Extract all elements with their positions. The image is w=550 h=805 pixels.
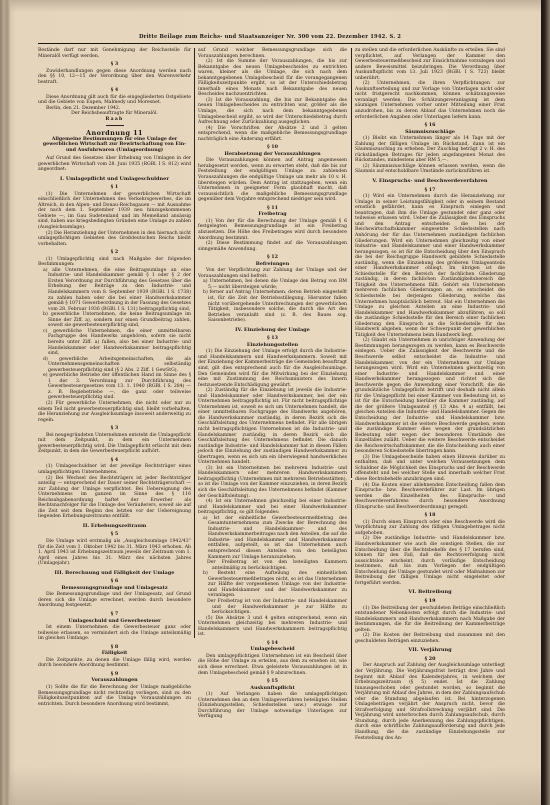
- paragraph: (2) Glaubt ein Unternehmen in unrichtige…: [355, 338, 505, 454]
- section-title: Umlagebescheid: [198, 647, 347, 653]
- newspaper-page: Dritte Beilage zum Reichs- und Staatsanz…: [0, 0, 550, 805]
- right-page-edge: [541, 0, 550, 805]
- list-item: a) Ist der einheitliche Gewerbesteuermeß…: [208, 516, 347, 560]
- chapter-heading: I. Umlagepflicht und Umlageschuldner: [38, 177, 191, 183]
- paragraph: Ist einem Unternehmen die Gewerbesteuer …: [38, 625, 191, 642]
- section-number: § 12: [198, 255, 347, 261]
- paragraph: Der Anspruch auf Zahlung der Ausgleichsu…: [355, 663, 505, 741]
- list-item: e) gewerbliche Betriebe der öffentlichen…: [48, 373, 191, 401]
- paragraph: (1) Bleibt ein Unternehmen länger als 14…: [355, 136, 505, 164]
- paragraph: (5) Die Absätze 3 und 4 gelten entsprech…: [198, 616, 347, 638]
- section-number: § 10: [198, 145, 347, 151]
- list-item: d) gewerbliche Arbeitsgemeinschaften, di…: [48, 357, 191, 374]
- paragraph: (1) Umlagepflichtig sind nach Maßgabe de…: [38, 257, 191, 268]
- section-number: § 16: [355, 123, 505, 129]
- paragraph: (2) Diese Bestimmung findet auf die Vora…: [198, 241, 347, 252]
- paragraph: (2) Ist die Summe der Vorauszahlungen, d…: [198, 59, 347, 98]
- signer-name: Raab: [38, 117, 191, 123]
- chapter-heading: IV. Einziehung der Umlage: [198, 328, 347, 334]
- section-title: Befreiungen: [198, 262, 347, 268]
- paragraph: Auf Grund des Gesetzes über Erhebung von…: [38, 156, 191, 173]
- paragraph: (1) Die Einziehung der Umlage erfolgt du…: [198, 349, 347, 388]
- paragraph: (4) Die Vorschriften der Absätze 2 und 3…: [198, 126, 347, 143]
- section-title: Bemessungsgrundlage und Umlagesatz: [38, 586, 191, 592]
- paragraph: Den umlagepflichtigen Unternehmen ist ei…: [198, 654, 347, 676]
- paragraph: (1) Sollte die für die Berechnung der Um…: [38, 685, 191, 707]
- section-title: Vorauszahlungen: [38, 678, 191, 684]
- section-number: § 7: [38, 612, 191, 618]
- paragraph: (2) Für gewerbliche Unternehmen, die nic…: [38, 401, 191, 423]
- list-item: a) Unternehmen, bei denen die Umlage den…: [208, 279, 347, 290]
- paragraph: Die Bemessungsgrundlage und der Umlagesa…: [38, 592, 191, 609]
- section-title: Freibetrag: [198, 212, 347, 218]
- list-item: a) alle Unternehmen, die eine Beitragsum…: [48, 268, 191, 312]
- list-item: b) ferner auf Antrag Unternehmen, deren …: [208, 290, 347, 323]
- paragraph: (4) Die Kosten einer ablehnenden Entsche…: [355, 483, 505, 511]
- paragraph: (1) Umlageschuldner ist der jeweilige Re…: [38, 464, 191, 475]
- header-rule: [38, 43, 498, 44]
- section-number: § 3: [38, 426, 191, 432]
- top-edge-shadow: [10, 0, 541, 12]
- binding-spine-shadow: [0, 0, 10, 805]
- paragraph: Von der Verpflichtung zur Zahlung der Um…: [198, 268, 347, 279]
- section-number: § 1: [38, 185, 191, 191]
- paragraph: auf Grund welcher Bemessungsgrundlage si…: [198, 48, 347, 59]
- column-left: Bestände darf nur mit Genehmigung der Re…: [38, 48, 191, 768]
- paragraph: zu stellen und die erforderlichen Auskün…: [355, 48, 505, 81]
- chapter-heading: V. Einspruchs- und Beschwerdeverfahren: [355, 179, 505, 185]
- section-number: § 13: [198, 336, 347, 342]
- paragraph: (1) Von der für die Berechnung der Umlag…: [198, 219, 347, 241]
- column-divider-2: [351, 48, 352, 478]
- bottom-edge-shadow: [10, 765, 541, 805]
- section-number: § 5: [38, 532, 191, 538]
- section-number: § 19: [355, 599, 505, 605]
- paragraph: (4) Ist ein Unternehmen gleichzeitig bei…: [198, 499, 347, 516]
- paragraph: Zuwiderhandlungen gegen diese Anordnung …: [38, 69, 191, 86]
- chapter-heading: III. Berechnung und Fälligkeit der Umlag…: [38, 571, 191, 577]
- paragraph: Die Umlage wird erstmalig als „Ausgleich…: [38, 539, 191, 567]
- section-number: § 17: [355, 188, 505, 194]
- paragraph: (3) Ist ein Unternehmen bei mehreren Ind…: [198, 466, 347, 499]
- chapter-heading: II. Erhebungszeitraum: [38, 524, 191, 530]
- section-title: Fälligkeit: [38, 651, 191, 657]
- paragraph: (2) Unternehmen, die ihren Verpflichtung…: [355, 81, 505, 120]
- section-number: § 20: [355, 657, 505, 663]
- section-number: § 4: [38, 88, 191, 94]
- section-title: Säumniszuschläge: [355, 130, 505, 136]
- section-title: Auskunftspflicht: [198, 686, 347, 692]
- section-number: § 3: [38, 62, 191, 68]
- section-number: § 2: [38, 250, 191, 256]
- column-divider-2b: [351, 480, 352, 720]
- paragraph: (3) Ist die Vorauszahlung, die bis zur B…: [198, 98, 347, 126]
- separator-rule: [106, 125, 124, 126]
- paragraph: Bestände darf nur mit Genehmigung der Re…: [38, 48, 191, 59]
- paragraph: (2) Die Kosten der Beitreibung sind zusa…: [355, 633, 505, 644]
- list-item-note: Der Freibetrag ist von der Industrie- un…: [212, 599, 347, 616]
- chapter-heading: VII. Verjährung: [355, 648, 505, 654]
- list-item: c) gewerbliche Unternehmen, die einer un…: [48, 329, 191, 357]
- column-right: zu stellen und die erforderlichen Auskün…: [355, 48, 505, 748]
- section-title: Umlageschuld und Gewerbesteuer: [38, 619, 191, 625]
- document-subtitle: Allgemeine Bestimmungen für eine Umlage …: [38, 137, 191, 153]
- paragraph: (1) Wird ein Unternehmen durch die Heran…: [355, 194, 505, 338]
- paragraph: (1) Die Beitreibung der geschuldeten Bet…: [355, 606, 505, 634]
- paragraph: (1) Die Unternehmen der gewerblichen Wir…: [38, 192, 191, 231]
- section-title: Herabsetzung der Vorauszahlungen: [198, 152, 347, 158]
- list-item: b) gewerbliche Unternehmen, die keine Be…: [48, 312, 191, 329]
- section-number: § 4: [38, 458, 191, 464]
- paragraph: Bei neugegründeten Unternehmen entsteht …: [38, 433, 191, 455]
- column-middle: auf Grund welcher Bemessungsgrundlage si…: [198, 48, 347, 678]
- paragraph: (1) Auf Verlangen haben die umlagepflich…: [198, 692, 347, 720]
- page-header: Dritte Beilage zum Reichs- und Staatsanz…: [40, 34, 500, 40]
- list-item-note: Der Freibetrag ist von den beteiligten K…: [212, 560, 347, 571]
- section-number: § 6: [38, 579, 191, 585]
- chapter-heading: VI. Beitreibung: [355, 590, 505, 596]
- paragraph: (2) Säumniszuschläge können erlassen wer…: [355, 164, 505, 175]
- paragraph: Diese Anordnung gilt auch für die eingeg…: [38, 95, 191, 106]
- list-item: b) Besteht eine Aufteilung des einheitli…: [208, 571, 347, 599]
- paragraph: (1) Durch einen Einspruch oder eine Besc…: [355, 520, 505, 537]
- section-title: Einziehungsstellen: [198, 343, 347, 349]
- section-number: § 15: [198, 679, 347, 685]
- paragraph: (2) Zuständig für die Einziehung ist jew…: [198, 388, 347, 466]
- paragraph: (3) Die Umlagebescheide haben einen Hinw…: [355, 455, 505, 483]
- paragraph: (2) Die zuständige Industrie- und Handel…: [355, 536, 505, 586]
- section-number: § 18: [355, 513, 505, 519]
- paragraph: Die Vorauszahlungen können auf Antrag an…: [198, 158, 347, 202]
- column-divider-1: [194, 48, 195, 638]
- document-title: Anordnung 11: [38, 131, 191, 137]
- paragraph: (2) Die Heranziehung der Unternehmen in …: [38, 231, 191, 248]
- paragraph: Die Zeitpunkte, zu denen die Umlage fäll…: [38, 658, 191, 669]
- paragraph: (2) Bei Wechsel des Rechtsträgers ist je…: [38, 476, 191, 520]
